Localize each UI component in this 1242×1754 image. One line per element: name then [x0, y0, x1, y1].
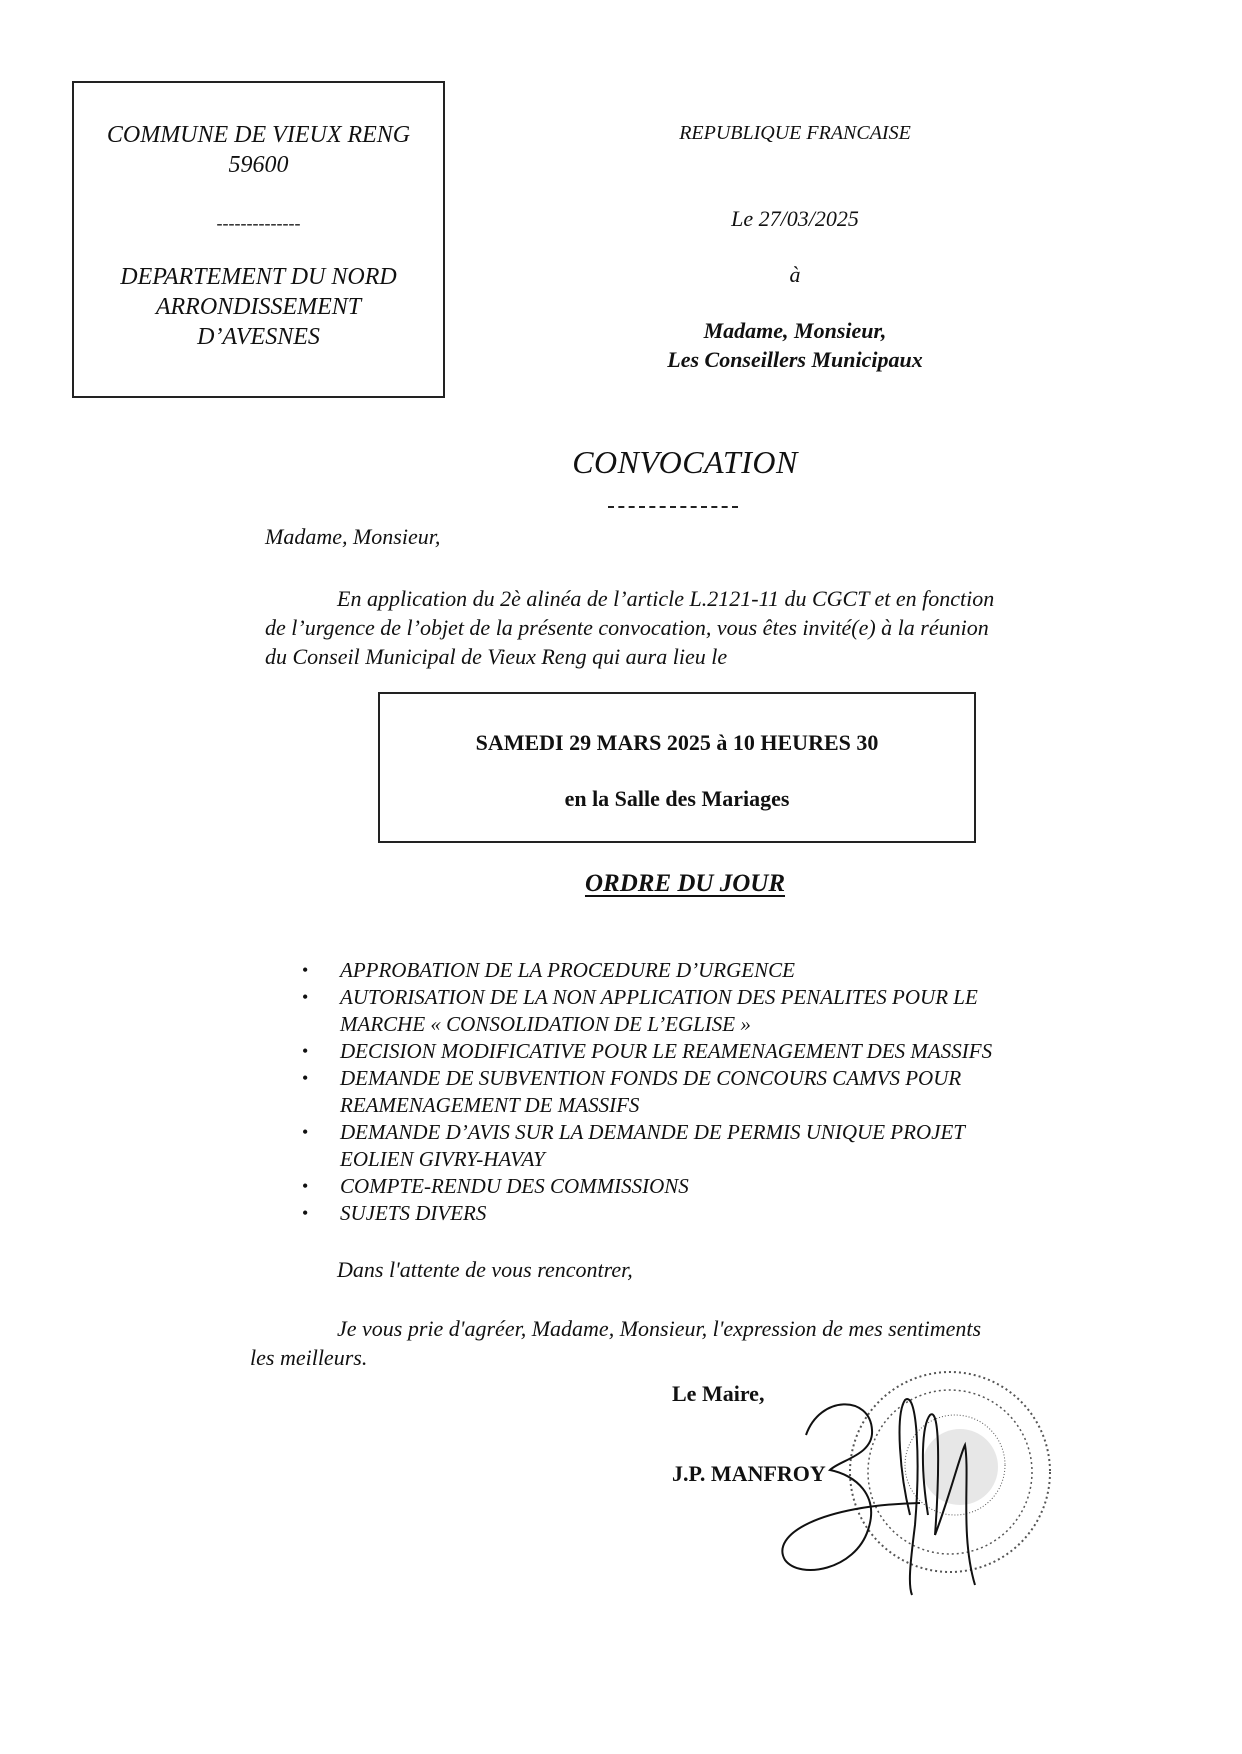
- agenda-item: • APPROBATION DE LA PROCEDURE D’URGENCE: [296, 957, 1076, 984]
- recipient-line-1: Madame, Monsieur,: [560, 318, 1030, 344]
- arrondissement-label: ARRONDISSEMENT: [74, 293, 443, 321]
- agenda-item: • DEMANDE D’AVIS SUR LA DEMANDE DE PERMI…: [296, 1119, 1076, 1173]
- meeting-details-box: SAMEDI 29 MARS 2025 à 10 HEURES 30 en la…: [378, 692, 976, 843]
- agenda-item: • COMPTE-RENDU DES COMMISSIONS: [296, 1173, 1076, 1200]
- recipient-line-2: Les Conseillers Municipaux: [560, 347, 1030, 373]
- closing-line-1: Dans l'attente de vous rencontrer,: [337, 1255, 633, 1285]
- agenda-item: • AUTORISATION DE LA NON APPLICATION DES…: [296, 984, 1076, 1038]
- agenda-item: • SUJETS DIVERS: [296, 1200, 1076, 1227]
- intro-line-3: du Conseil Municipal de Vieux Reng qui a…: [265, 642, 727, 672]
- department: DEPARTEMENT DU NORD: [74, 263, 443, 291]
- commune-header-box: COMMUNE DE VIEUX RENG 59600 ------------…: [72, 81, 445, 398]
- closing-line-2b: les meilleurs.: [250, 1343, 367, 1373]
- signatory-title: Le Maire,: [672, 1381, 764, 1407]
- title-underline-rule: [608, 506, 738, 508]
- bullet-icon: •: [302, 1119, 308, 1146]
- bullet-icon: •: [302, 984, 308, 1011]
- seal-and-signature: [760, 1355, 1070, 1605]
- meeting-location: en la Salle des Mariages: [380, 786, 974, 812]
- bullet-icon: •: [302, 1065, 308, 1092]
- bullet-icon: •: [302, 1200, 308, 1227]
- official-seal-icon: [850, 1372, 1050, 1572]
- agenda-item: • DECISION MODIFICATIVE POUR LE REAMENAG…: [296, 1038, 1076, 1065]
- letter-date: Le 27/03/2025: [560, 206, 1030, 232]
- salutation: Madame, Monsieur,: [265, 522, 440, 552]
- agenda-title: ORDRE DU JOUR: [460, 870, 910, 898]
- meeting-datetime: SAMEDI 29 MARS 2025 à 10 HEURES 30: [380, 730, 974, 756]
- bullet-icon: •: [302, 957, 308, 984]
- arrondissement-name: D’AVESNES: [74, 323, 443, 351]
- header-separator: --------------: [74, 209, 443, 237]
- postal-code: 59600: [74, 151, 443, 179]
- agenda-list: • APPROBATION DE LA PROCEDURE D’URGENCE …: [296, 957, 1076, 1227]
- document-title: CONVOCATION: [460, 444, 910, 481]
- republic-label: REPUBLIQUE FRANCAISE: [560, 122, 1030, 145]
- closing-line-2a: Je vous prie d'agréer, Madame, Monsieur,…: [337, 1314, 981, 1344]
- to-label: à: [560, 262, 1030, 288]
- agenda-item: • DEMANDE DE SUBVENTION FONDS DE CONCOUR…: [296, 1065, 1076, 1119]
- bullet-icon: •: [302, 1173, 308, 1200]
- intro-line-2: de l’urgence de l’objet de la présente c…: [265, 613, 989, 643]
- intro-line-1: En application du 2è alinéa de l’article…: [337, 584, 994, 614]
- commune-name: COMMUNE DE VIEUX RENG: [74, 121, 443, 149]
- bullet-icon: •: [302, 1038, 308, 1065]
